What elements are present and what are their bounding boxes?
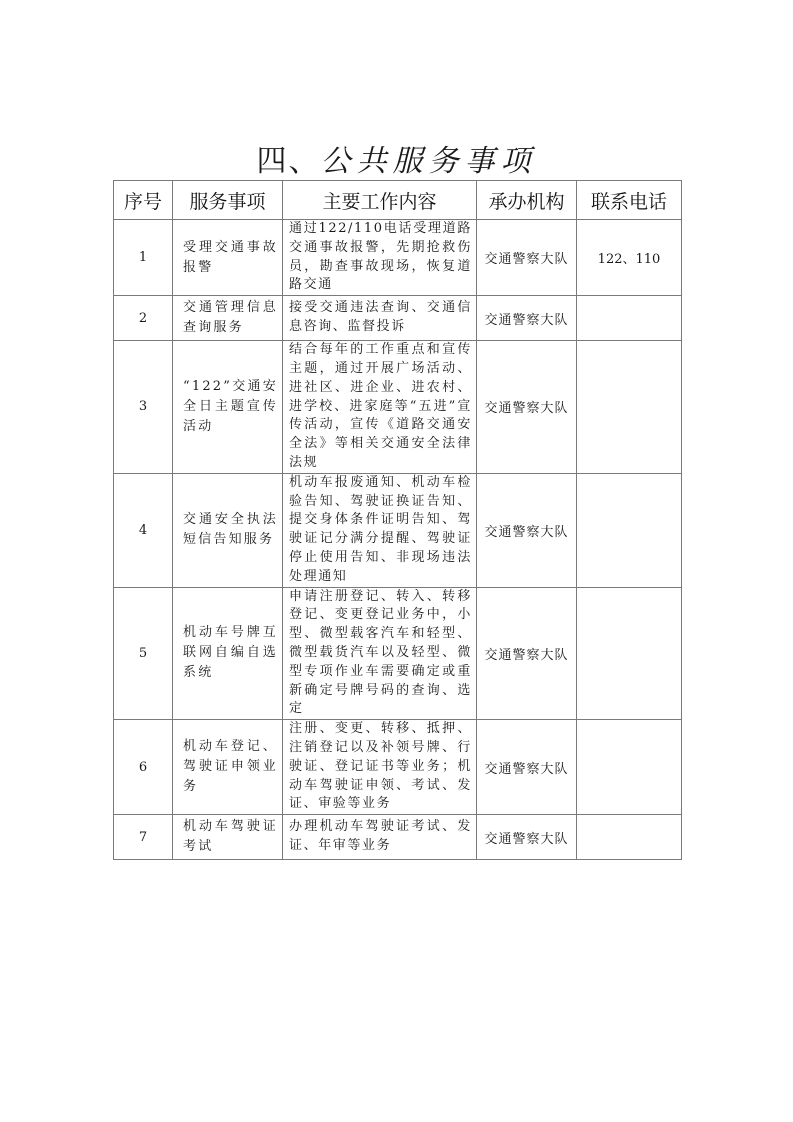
row-phone bbox=[577, 587, 682, 720]
row-content: 机动车报废通知、机动车检验告知、驾驶证换证告知、提交身体条件证明告知、驾驶证记分… bbox=[283, 473, 477, 587]
row-phone bbox=[577, 296, 682, 341]
row-index: 1 bbox=[114, 220, 173, 296]
row-content: 注册、变更、转移、抵押、注销登记以及补领号牌、行驶证、登记证书等业务；机动车驾驶… bbox=[283, 720, 477, 815]
row-service-name: 受理交通事故报警 bbox=[173, 220, 283, 296]
table-header-row: 序号 服务事项 主要工作内容 承办机构 联系电话 bbox=[114, 181, 682, 220]
table-row: 6 机动车登记、驾驶证申领业务 注册、变更、转移、抵押、注销登记以及补领号牌、行… bbox=[114, 720, 682, 815]
header-org: 承办机构 bbox=[477, 181, 577, 220]
row-org: 交通警察大队 bbox=[477, 815, 577, 860]
row-phone bbox=[577, 341, 682, 474]
row-index: 5 bbox=[114, 587, 173, 720]
row-index: 7 bbox=[114, 815, 173, 860]
table-row: 5 机动车号牌互联网自编自选系统 申请注册登记、转入、转移登记、变更登记业务中，… bbox=[114, 587, 682, 720]
row-service-name: 机动车号牌互联网自编自选系统 bbox=[173, 587, 283, 720]
row-org: 交通警察大队 bbox=[477, 720, 577, 815]
row-index: 3 bbox=[114, 341, 173, 474]
row-index: 2 bbox=[114, 296, 173, 341]
row-content: 申请注册登记、转入、转移登记、变更登记业务中，小型、微型载客汽车和轻型、微型载货… bbox=[283, 587, 477, 720]
row-phone: 122、110 bbox=[577, 220, 682, 296]
row-index: 4 bbox=[114, 473, 173, 587]
row-org: 交通警察大队 bbox=[477, 587, 577, 720]
table-row: 7 机动车驾驶证考试 办理机动车驾驶证考试、发证、年审等业务 交通警察大队 bbox=[114, 815, 682, 860]
row-org: 交通警察大队 bbox=[477, 473, 577, 587]
row-org: 交通警察大队 bbox=[477, 220, 577, 296]
row-service-name: 机动车驾驶证考试 bbox=[173, 815, 283, 860]
header-content: 主要工作内容 bbox=[283, 181, 477, 220]
table-row: 1 受理交通事故报警 通过122/110电话受理道路交通事故报警，先期抢救伤员，… bbox=[114, 220, 682, 296]
row-service-name: “122”交通安全日主题宣传活动 bbox=[173, 341, 283, 474]
row-phone bbox=[577, 720, 682, 815]
row-phone bbox=[577, 815, 682, 860]
table-row: 2 交通管理信息查询服务 接受交通违法查询、交通信息咨询、监督投诉 交通警察大队 bbox=[114, 296, 682, 341]
row-content: 通过122/110电话受理道路交通事故报警，先期抢救伤员，勘查事故现场，恢复道路… bbox=[283, 220, 477, 296]
row-service-name: 交通管理信息查询服务 bbox=[173, 296, 283, 341]
header-index: 序号 bbox=[114, 181, 173, 220]
table-row: 4 交通安全执法短信告知服务 机动车报废通知、机动车检验告知、驾驶证换证告知、提… bbox=[114, 473, 682, 587]
section-title: 公共服务事项 bbox=[321, 144, 537, 179]
header-phone: 联系电话 bbox=[577, 181, 682, 220]
row-org: 交通警察大队 bbox=[477, 296, 577, 341]
row-content: 办理机动车驾驶证考试、发证、年审等业务 bbox=[283, 815, 477, 860]
header-service: 服务事项 bbox=[173, 181, 283, 220]
public-services-table: 序号 服务事项 主要工作内容 承办机构 联系电话 1 受理交通事故报警 通过12… bbox=[113, 180, 682, 860]
row-org: 交通警察大队 bbox=[477, 341, 577, 474]
page-title: 四、公共服务事项 bbox=[0, 136, 793, 180]
row-service-name: 机动车登记、驾驶证申领业务 bbox=[173, 720, 283, 815]
row-service-name: 交通安全执法短信告知服务 bbox=[173, 473, 283, 587]
section-number: 四、 bbox=[257, 144, 321, 179]
row-phone bbox=[577, 473, 682, 587]
row-content: 结合每年的工作重点和宣传主题，通过开展广场活动、进社区、进企业、进农村、进学校、… bbox=[283, 341, 477, 474]
row-content: 接受交通违法查询、交通信息咨询、监督投诉 bbox=[283, 296, 477, 341]
table-row: 3 “122”交通安全日主题宣传活动 结合每年的工作重点和宣传主题，通过开展广场… bbox=[114, 341, 682, 474]
row-index: 6 bbox=[114, 720, 173, 815]
